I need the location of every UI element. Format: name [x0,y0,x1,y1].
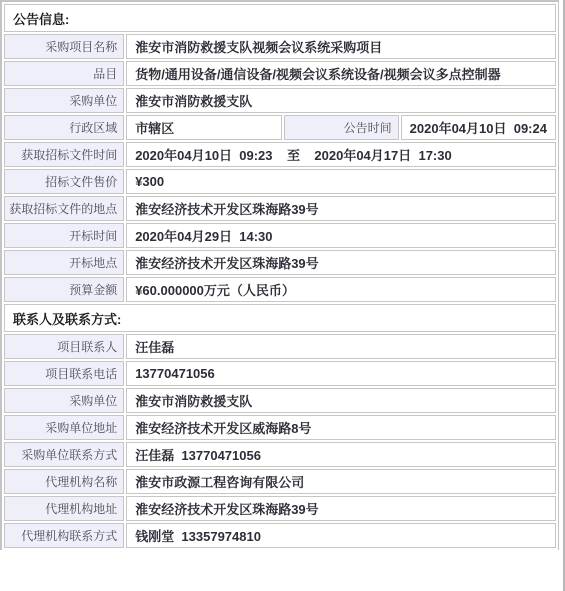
label-category: 品目 [4,61,124,86]
label-purchaser: 采购单位 [4,88,124,113]
value-bid-open-time: 2020年04月29日 14:30 [126,223,556,248]
value-budget: ¥60.000000万元（人民币） [126,277,556,302]
value-announcement-time: 2020年04月10日 09:24 [401,115,556,140]
table-row: 获取招标文件时间 2020年04月10日 09:23 至 2020年04月17日… [4,142,556,167]
table-row: 代理机构地址 淮安经济技术开发区珠海路39号 [4,496,556,521]
label-purchaser-name: 采购单位 [4,388,124,413]
label-bid-open-time: 开标时间 [4,223,124,248]
section-header-contact-info: 联系人及联系方式: [4,304,556,332]
table-row: 代理机构联系方式 钱刚堂 13357974810 [4,523,556,548]
label-agency-name: 代理机构名称 [4,469,124,494]
label-bid-open-place: 开标地点 [4,250,124,275]
table-row: 开标地点 淮安经济技术开发区珠海路39号 [4,250,556,275]
label-budget: 预算金额 [4,277,124,302]
value-admin-region: 市辖区 [126,115,282,140]
label-project-contact: 项目联系人 [4,334,124,359]
label-project-name: 采购项目名称 [4,34,124,59]
value-agency-contact: 钱刚堂 13357974810 [126,523,556,548]
value-purchaser-address: 淮安经济技术开发区威海路8号 [126,415,556,440]
label-announcement-time: 公告时间 [284,115,398,140]
table-row: 品目 货物/通用设备/通信设备/视频会议系统设备/视频会议多点控制器 [4,61,556,86]
value-bid-open-place: 淮安经济技术开发区珠海路39号 [126,250,556,275]
section-header-announcement-info: 公告信息: [4,4,556,32]
label-doc-obtain-time: 获取招标文件时间 [4,142,124,167]
value-category: 货物/通用设备/通信设备/视频会议系统设备/视频会议多点控制器 [126,61,556,86]
announcement-info-table: 公告信息: 采购项目名称 淮安市消防救援支队视频会议系统采购项目 品目 货物/通… [0,0,559,550]
label-doc-obtain-place: 获取招标文件的地点 [4,196,124,221]
table-row: 采购单位联系方式 汪佳磊 13770471056 [4,442,556,467]
label-purchaser-contact: 采购单位联系方式 [4,442,124,467]
value-project-contact: 汪佳磊 [126,334,556,359]
label-agency-contact: 代理机构联系方式 [4,523,124,548]
table-row: 行政区域 市辖区 公告时间 2020年04月10日 09:24 [4,115,556,140]
label-purchaser-address: 采购单位地址 [4,415,124,440]
label-doc-price: 招标文件售价 [4,169,124,194]
table-row: 采购单位地址 淮安经济技术开发区威海路8号 [4,415,556,440]
table-row: 项目联系人 汪佳磊 [4,334,556,359]
table-row: 项目联系电话 13770471056 [4,361,556,386]
value-project-phone: 13770471056 [126,361,556,386]
value-doc-price: ¥300 [126,169,556,194]
value-purchaser-contact: 汪佳磊 13770471056 [126,442,556,467]
table-row: 采购单位 淮安市消防救援支队 [4,388,556,413]
table-row: 开标时间 2020年04月29日 14:30 [4,223,556,248]
table-row: 代理机构名称 淮安市政源工程咨询有限公司 [4,469,556,494]
table-row: 采购单位 淮安市消防救援支队 [4,88,556,113]
value-purchaser-name: 淮安市消防救援支队 [126,388,556,413]
label-admin-region: 行政区域 [4,115,124,140]
table-row: 采购项目名称 淮安市消防救援支队视频会议系统采购项目 [4,34,556,59]
table-row: 预算金额 ¥60.000000万元（人民币） [4,277,556,302]
table-row: 获取招标文件的地点 淮安经济技术开发区珠海路39号 [4,196,556,221]
value-doc-obtain-time: 2020年04月10日 09:23 至 2020年04月17日 17:30 [126,142,556,167]
label-project-phone: 项目联系电话 [4,361,124,386]
announcement-page: 公告信息: 采购项目名称 淮安市消防救援支队视频会议系统采购项目 品目 货物/通… [0,0,561,550]
label-agency-address: 代理机构地址 [4,496,124,521]
value-agency-address: 淮安经济技术开发区珠海路39号 [126,496,556,521]
value-purchaser: 淮安市消防救援支队 [126,88,556,113]
value-agency-name: 淮安市政源工程咨询有限公司 [126,469,556,494]
table-row: 招标文件售价 ¥300 [4,169,556,194]
value-doc-obtain-place: 淮安经济技术开发区珠海路39号 [126,196,556,221]
value-project-name: 淮安市消防救援支队视频会议系统采购项目 [126,34,556,59]
